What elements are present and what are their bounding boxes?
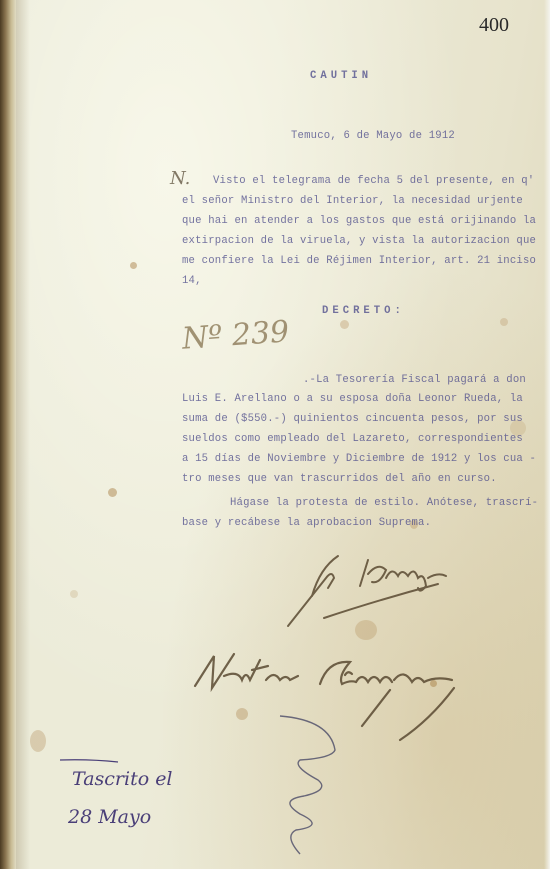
preamble-line: Visto el telegrama de fecha 5 del presen… <box>213 175 534 187</box>
closing-line: Hágase la protesta de estilo. Anótese, t… <box>230 497 538 509</box>
preamble-line: me confiere la Lei de Réjimen Interior, … <box>182 255 536 267</box>
decree-body-line: Luis E. Arellano o a su esposa doña Leon… <box>182 393 523 405</box>
signature-hevia <box>268 548 468 638</box>
foxing-stain <box>30 730 46 752</box>
pencil-squiggle-mark <box>270 710 350 860</box>
decree-body-line: a 15 días de Noviembre y Diciembre de 19… <box>182 453 536 465</box>
foxing-stain <box>70 590 78 598</box>
handwritten-note-line: 28 Mayo <box>68 806 151 828</box>
foxing-stain <box>500 318 508 326</box>
foxing-stain <box>340 320 349 329</box>
decree-heading: DECRETO: <box>322 305 405 317</box>
preamble-line: 14, <box>182 275 202 287</box>
preamble-line: el señor Ministro del Interior, la neces… <box>182 195 523 207</box>
decree-body-line: suma de ($550.-) quinientos cincuenta pe… <box>182 413 523 425</box>
location-heading: CAUTIN <box>310 70 372 82</box>
handwritten-note-line: Tascrito el <box>72 768 173 790</box>
decree-body-line: sueldos como empleado del Lazareto, corr… <box>182 433 523 445</box>
note-underline <box>60 758 120 764</box>
page-right-edge <box>544 0 550 869</box>
marginal-mark: N. <box>170 168 190 189</box>
foxing-stain <box>108 488 117 497</box>
binding-shadow <box>16 0 30 869</box>
closing-line: base y recábese la aprobacion Suprema. <box>182 517 431 529</box>
preamble-line: que hai en atender a los gastos que está… <box>182 215 536 227</box>
preamble-line: extirpacion de la viruela, y vista la au… <box>182 235 536 247</box>
decree-number-handwritten: Nº 239 <box>181 314 290 356</box>
page-number: 400 <box>479 14 509 37</box>
decree-body-line: .-La Tesorería Fiscal pagará a don <box>303 374 526 386</box>
scanned-document-page: 400 CAUTIN Temuco, 6 de Mayo de 1912 N. … <box>0 0 550 869</box>
decree-body-line: tro meses que van trascurridos del año e… <box>182 473 497 485</box>
foxing-stain <box>130 262 137 269</box>
book-binding-edge <box>0 0 16 869</box>
place-date: Temuco, 6 de Mayo de 1912 <box>291 130 455 142</box>
